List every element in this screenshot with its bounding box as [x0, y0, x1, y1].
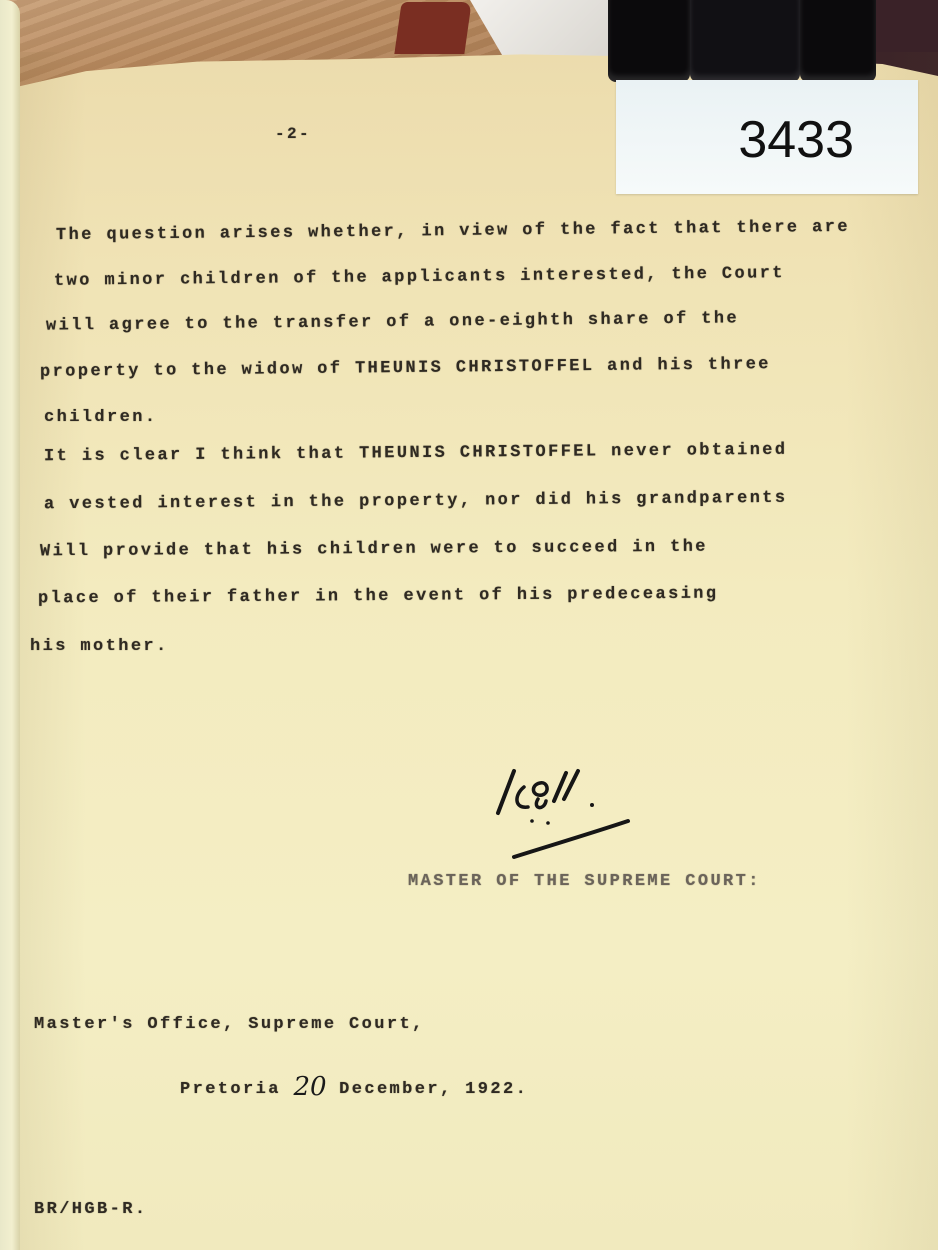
handwritten-signature: [492, 765, 642, 865]
date-place: Pretoria: [180, 1080, 281, 1099]
red-book-binding: [394, 2, 471, 54]
adjacent-page-edge: [0, 0, 20, 1250]
reference-initials: BR/HGB-R.: [34, 1200, 147, 1219]
binder-clip-segment: [690, 0, 800, 82]
body-line: his mother.: [30, 637, 169, 656]
binder-clip-segment: [608, 0, 690, 82]
handwritten-day: 20: [293, 1072, 326, 1102]
archive-number: 3433: [738, 110, 854, 170]
binder-clip-segment: [800, 0, 876, 82]
archive-number-tag: 3433: [616, 80, 918, 194]
page-number: -2-: [275, 125, 311, 143]
binder-clip: [608, 0, 878, 92]
date-line: Pretoria 20 December, 1922.: [180, 1070, 528, 1100]
date-month-year: December, 1922.: [339, 1080, 528, 1099]
signatory-title: MASTER OF THE SUPREME COURT:: [408, 872, 761, 891]
body-line: children.: [44, 408, 157, 427]
office-line: Master's Office, Supreme Court,: [34, 1015, 425, 1034]
